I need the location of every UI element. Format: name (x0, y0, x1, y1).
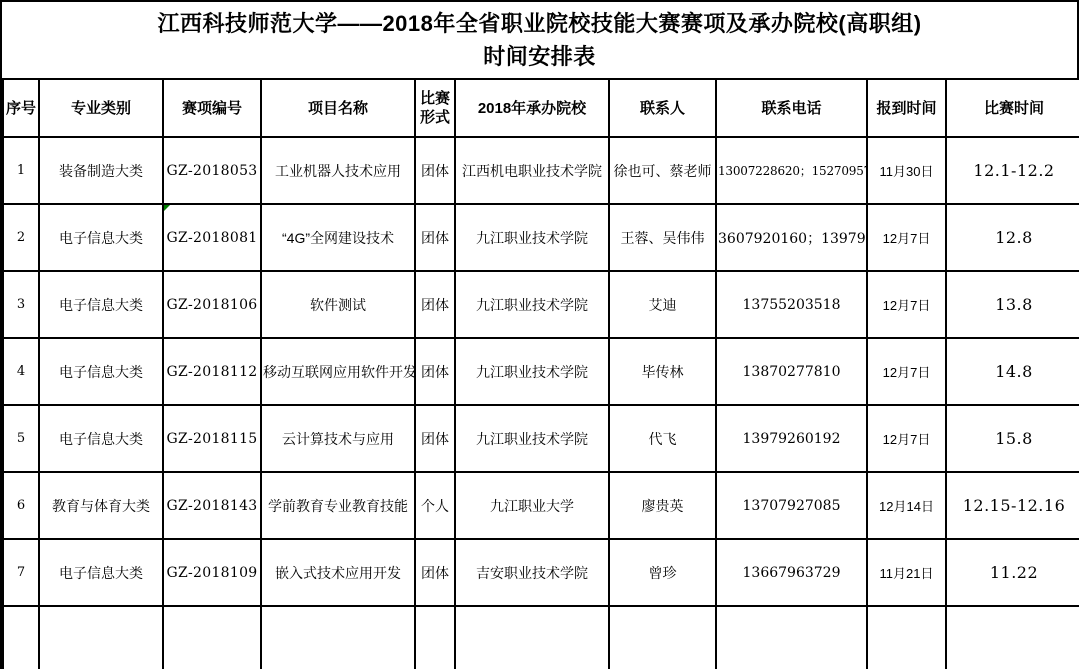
cell-category: 电子信息大类 (39, 539, 163, 606)
column-header-no: 序号 (3, 79, 39, 137)
cell-time: 12.15-12.16 (946, 472, 1079, 539)
cell-report: 12月14日 (867, 472, 946, 539)
table-row: 3电子信息大类GZ-2018106软件测试团体九江职业技术学院艾迪1375520… (3, 271, 1079, 338)
schedule-table: 序号专业类别赛项编号项目名称比赛形式2018年承办院校联系人联系电话报到时间比赛… (2, 78, 1079, 669)
cell-format: 团体 (415, 271, 455, 338)
cell-category: 电子信息大类 (39, 204, 163, 271)
cell-no: 5 (3, 405, 39, 472)
cell-time: 11.22 (946, 539, 1079, 606)
cell-report: 11月21日 (867, 539, 946, 606)
cell-format: 团体 (415, 405, 455, 472)
empty-row (3, 606, 1079, 669)
empty-cell (39, 606, 163, 669)
cell-phone: 13707927085 (716, 472, 867, 539)
cell-host: 九江职业技术学院 (455, 405, 609, 472)
cell-format: 团体 (415, 204, 455, 271)
cell-no: 6 (3, 472, 39, 539)
column-header-time: 比赛时间 (946, 79, 1079, 137)
cell-contact: 代飞 (609, 405, 716, 472)
cell-code: GZ-2018109 (163, 539, 261, 606)
column-header-project: 项目名称 (261, 79, 415, 137)
cell-category: 电子信息大类 (39, 405, 163, 472)
cell-report: 12月7日 (867, 204, 946, 271)
column-header-code: 赛项编号 (163, 79, 261, 137)
cell-project: “4G”全网建设技术 (261, 204, 415, 271)
empty-cell (609, 606, 716, 669)
cell-format: 团体 (415, 137, 455, 204)
cell-host: 吉安职业技术学院 (455, 539, 609, 606)
column-header-category: 专业类别 (39, 79, 163, 137)
cell-project: 学前教育专业教育技能 (261, 472, 415, 539)
empty-cell (163, 606, 261, 669)
cell-code: GZ-2018081 (163, 204, 261, 271)
cell-phone: 13979260192 (716, 405, 867, 472)
column-header-contact: 联系人 (609, 79, 716, 137)
column-header-format: 比赛形式 (415, 79, 455, 137)
cell-no: 3 (3, 271, 39, 338)
cell-report: 12月7日 (867, 338, 946, 405)
empty-cell (3, 606, 39, 669)
table-row: 2电子信息大类GZ-2018081“4G”全网建设技术团体九江职业技术学院王蓉、… (3, 204, 1079, 271)
cell-format: 个人 (415, 472, 455, 539)
cell-no: 2 (3, 204, 39, 271)
cell-host: 江西机电职业技术学院 (455, 137, 609, 204)
cell-report: 12月7日 (867, 405, 946, 472)
column-header-host: 2018年承办院校 (455, 79, 609, 137)
cell-format: 团体 (415, 338, 455, 405)
cell-contact: 艾迪 (609, 271, 716, 338)
page-title-line2: 时间安排表 (483, 40, 596, 73)
cell-host: 九江职业技术学院 (455, 204, 609, 271)
empty-cell (415, 606, 455, 669)
cell-category: 电子信息大类 (39, 338, 163, 405)
cell-time: 14.8 (946, 338, 1079, 405)
cell-host: 九江职业技术学院 (455, 271, 609, 338)
cell-no: 1 (3, 137, 39, 204)
cell-category: 电子信息大类 (39, 271, 163, 338)
cell-project: 软件测试 (261, 271, 415, 338)
table-header: 序号专业类别赛项编号项目名称比赛形式2018年承办院校联系人联系电话报到时间比赛… (3, 79, 1079, 137)
empty-cell (261, 606, 415, 669)
table-row: 5电子信息大类GZ-2018115云计算技术与应用团体九江职业技术学院代飞139… (3, 405, 1079, 472)
cell-code: GZ-2018053 (163, 137, 261, 204)
cell-time: 15.8 (946, 405, 1079, 472)
cell-category: 装备制造大类 (39, 137, 163, 204)
cell-code: GZ-2018115 (163, 405, 261, 472)
cell-project: 嵌入式技术应用开发 (261, 539, 415, 606)
column-header-report: 报到时间 (867, 79, 946, 137)
column-header-phone: 联系电话 (716, 79, 867, 137)
cell-report: 11月30日 (867, 137, 946, 204)
cell-contact: 廖贵英 (609, 472, 716, 539)
cell-phone: 13667963729 (716, 539, 867, 606)
cell-host: 九江职业技术学院 (455, 338, 609, 405)
schedule-sheet: 江西科技师范大学——2018年全省职业院校技能大赛赛项及承办院校(高职组) 时间… (0, 0, 1079, 669)
cell-time: 12.8 (946, 204, 1079, 271)
cell-no: 7 (3, 539, 39, 606)
cell-phone: 13870277810 (716, 338, 867, 405)
cell-project: 云计算技术与应用 (261, 405, 415, 472)
cell-project: 移动互联网应用软件开发 (261, 338, 415, 405)
cell-phone: 13755203518 (716, 271, 867, 338)
page-title: 江西科技师范大学——2018年全省职业院校技能大赛赛项及承办院校(高职组) 时间… (2, 2, 1077, 78)
cell-code: GZ-2018106 (163, 271, 261, 338)
cell-contact: 徐也可、蔡老师 (609, 137, 716, 204)
header-row: 序号专业类别赛项编号项目名称比赛形式2018年承办院校联系人联系电话报到时间比赛… (3, 79, 1079, 137)
cell-contact: 曾珍 (609, 539, 716, 606)
empty-cell (867, 606, 946, 669)
table-row: 4电子信息大类GZ-2018112移动互联网应用软件开发团体九江职业技术学院毕传… (3, 338, 1079, 405)
empty-cell (716, 606, 867, 669)
table-row: 6教育与体育大类GZ-2018143学前教育专业教育技能个人九江职业大学廖贵英1… (3, 472, 1079, 539)
cell-phone: 3607920160；1397927898 (716, 204, 867, 271)
page-title-line1: 江西科技师范大学——2018年全省职业院校技能大赛赛项及承办院校(高职组) (157, 7, 921, 40)
table-row: 7电子信息大类GZ-2018109嵌入式技术应用开发团体吉安职业技术学院曾珍13… (3, 539, 1079, 606)
cell-category: 教育与体育大类 (39, 472, 163, 539)
cell-contact: 王蓉、吴伟伟 (609, 204, 716, 271)
empty-cell (455, 606, 609, 669)
cell-project: 工业机器人技术应用 (261, 137, 415, 204)
empty-cell (946, 606, 1079, 669)
cell-report: 12月7日 (867, 271, 946, 338)
cell-no: 4 (3, 338, 39, 405)
cell-contact: 毕传林 (609, 338, 716, 405)
table-row: 1装备制造大类GZ-2018053工业机器人技术应用团体江西机电职业技术学院徐也… (3, 137, 1079, 204)
cell-time: 12.1-12.2 (946, 137, 1079, 204)
table-body: 1装备制造大类GZ-2018053工业机器人技术应用团体江西机电职业技术学院徐也… (3, 137, 1079, 669)
cell-time: 13.8 (946, 271, 1079, 338)
cell-phone: 13007228620；15270957760 (716, 137, 867, 204)
cell-host: 九江职业大学 (455, 472, 609, 539)
cell-code: GZ-2018112 (163, 338, 261, 405)
cell-format: 团体 (415, 539, 455, 606)
cell-code: GZ-2018143 (163, 472, 261, 539)
error-marker-icon (164, 205, 170, 211)
